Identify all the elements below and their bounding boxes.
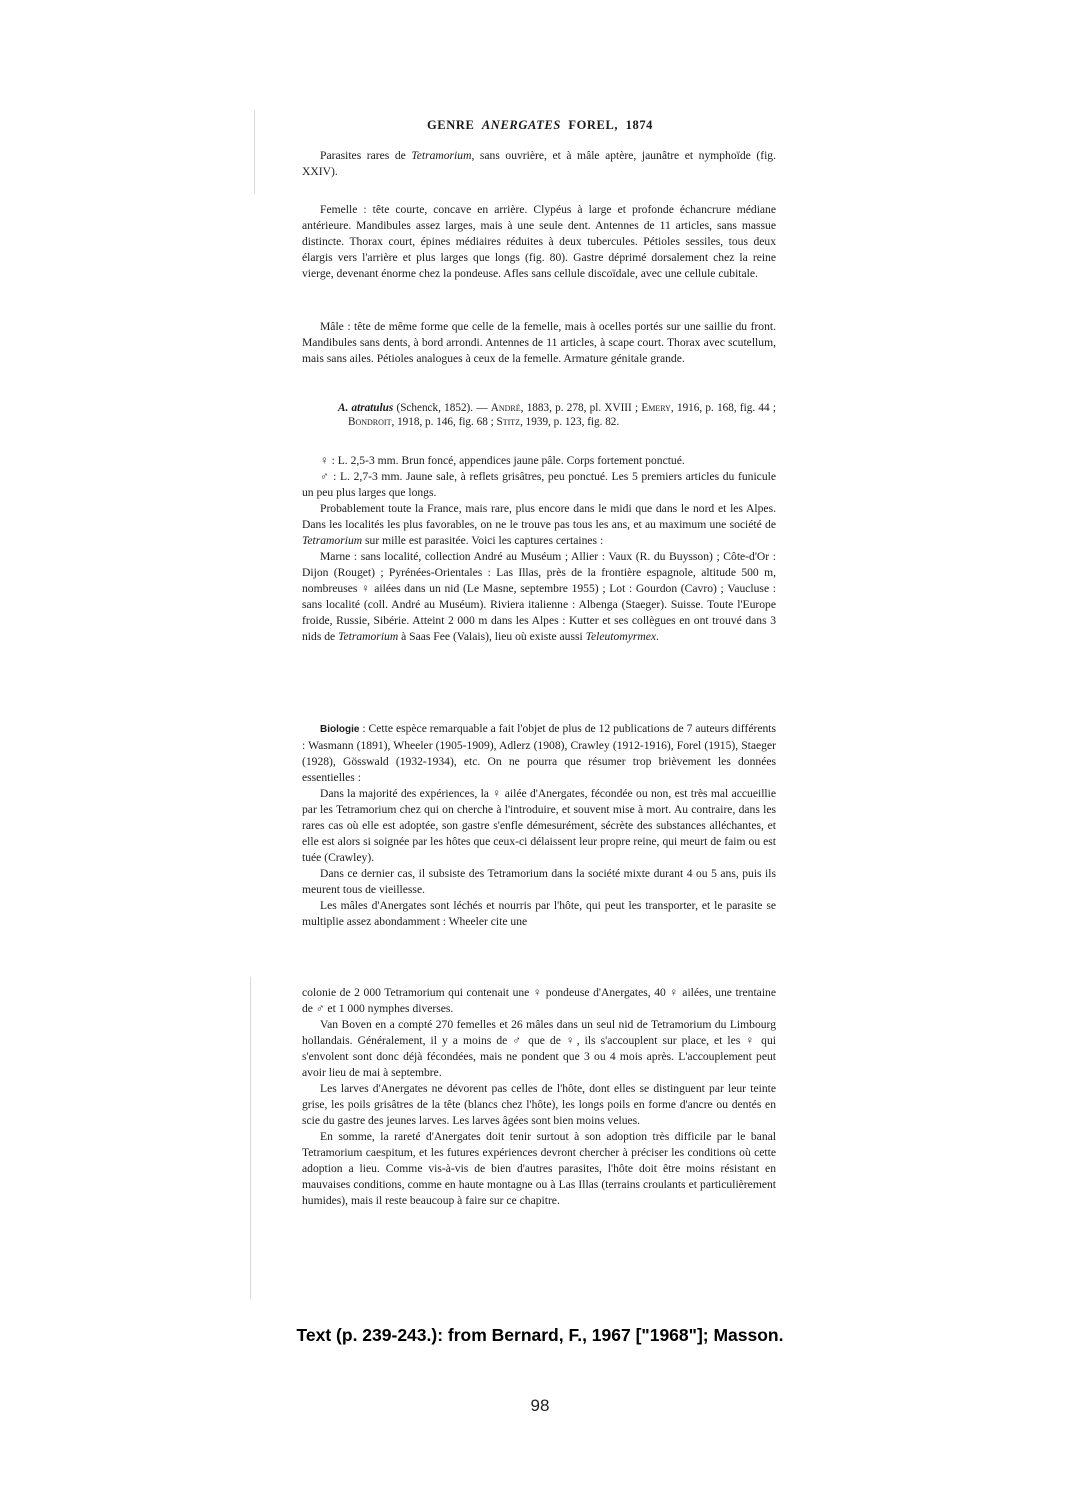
female-description: ♀ : L. 2,5-3 mm. Brun foncé, appendices … bbox=[302, 453, 776, 469]
margin-rule-bottom bbox=[250, 977, 251, 1299]
intro-text: Parasites rares de bbox=[320, 149, 411, 162]
description-block: ♀ : L. 2,5-3 mm. Brun foncé, appendices … bbox=[302, 453, 776, 645]
continuation-paragraph: En somme, la rareté d'Anergates doit ten… bbox=[302, 1129, 776, 1209]
ref-author: Emery bbox=[641, 402, 671, 414]
biologie-paragraph: Dans ce dernier cas, il subsiste des Tet… bbox=[302, 866, 776, 898]
host-genus: Tetramorium bbox=[302, 534, 362, 547]
male-description: ♂ : L. 2,7-3 mm. Jaune sale, à reflets g… bbox=[302, 469, 776, 501]
title-year: 1874 bbox=[626, 118, 653, 132]
ref-text: , 1939, p. 123, fig. 82. bbox=[520, 416, 619, 428]
male-block: Mâle : tête de même forme que celle de l… bbox=[302, 319, 776, 367]
continuation-paragraph: Van Boven en a compté 270 femelles et 26… bbox=[302, 1017, 776, 1081]
page-number: 98 bbox=[0, 1396, 1080, 1416]
captures-paragraph: Marne : sans localité, collection André … bbox=[302, 549, 776, 645]
ref-author: André bbox=[491, 402, 521, 414]
species-authority: (Schenck, 1852). — bbox=[393, 402, 491, 414]
margin-rule-top bbox=[254, 110, 255, 194]
captures-text-end: . bbox=[656, 630, 659, 643]
male-paragraph: Mâle : tête de même forme que celle de l… bbox=[302, 319, 776, 367]
biologie-intro: Biologie : Cette espèce remarquable a fa… bbox=[302, 721, 776, 786]
femelle-paragraph: Femelle : tête courte, concave en arrièr… bbox=[302, 202, 776, 282]
biologie-paragraph: Les mâles d'Anergates sont léchés et nou… bbox=[302, 898, 776, 930]
ref-author: Bondroit bbox=[348, 416, 391, 428]
title-genus: ANERGATES bbox=[482, 118, 561, 132]
distribution-text-end: sur mille est parasitée. Voici les captu… bbox=[362, 534, 603, 547]
species-citation: A. atratulus (Schenck, 1852). — André, 1… bbox=[338, 401, 776, 429]
ref-text: , 1883, p. 278, pl. XVIII ; bbox=[521, 402, 642, 414]
title-genre: GENRE bbox=[427, 118, 474, 132]
species-heading: A. atratulus (Schenck, 1852). — André, 1… bbox=[338, 401, 776, 429]
intro-paragraph: Parasites rares de Tetramorium, sans ouv… bbox=[302, 148, 776, 180]
section-title: GENRE ANERGATES FOREL, 1874 bbox=[290, 118, 790, 133]
intro-block: Parasites rares de Tetramorium, sans ouv… bbox=[302, 148, 776, 180]
continuation-block: colonie de 2 000 Tetramorium qui contena… bbox=[302, 985, 776, 1209]
continuation-paragraph: Les larves d'Anergates ne dévorent pas c… bbox=[302, 1081, 776, 1129]
biologie-block: Biologie : Cette espèce remarquable a fa… bbox=[302, 721, 776, 930]
captures-text-mid: à Saas Fee (Valais), lieu où existe auss… bbox=[398, 630, 585, 643]
source-caption: Text (p. 239-243.): from Bernard, F., 19… bbox=[0, 1325, 1080, 1346]
biologie-paragraph: Dans la majorité des expériences, la ♀ a… bbox=[302, 786, 776, 866]
host-genus: Tetramorium bbox=[411, 149, 471, 162]
ref-text: , 1918, p. 146, fig. 68 ; bbox=[391, 416, 496, 428]
biologie-text: : Cette espèce remarquable a fait l'obje… bbox=[302, 722, 776, 784]
species-name: A. atratulus bbox=[338, 402, 393, 414]
biologie-label: Biologie bbox=[320, 724, 359, 735]
ref-author: Stitz bbox=[497, 416, 521, 428]
ref-text: , 1916, p. 168, fig. 44 ; bbox=[671, 402, 776, 414]
distribution-text: Probablement toute la France, mais rare,… bbox=[302, 502, 776, 531]
distribution-paragraph: Probablement toute la France, mais rare,… bbox=[302, 501, 776, 549]
other-genus: Teleutomyrmex bbox=[586, 630, 656, 643]
continuation-paragraph: colonie de 2 000 Tetramorium qui contena… bbox=[302, 985, 776, 1017]
title-author: FOREL, bbox=[568, 118, 618, 132]
femelle-block: Femelle : tête courte, concave en arrièr… bbox=[302, 202, 776, 282]
host-genus: Tetramorium bbox=[338, 630, 398, 643]
